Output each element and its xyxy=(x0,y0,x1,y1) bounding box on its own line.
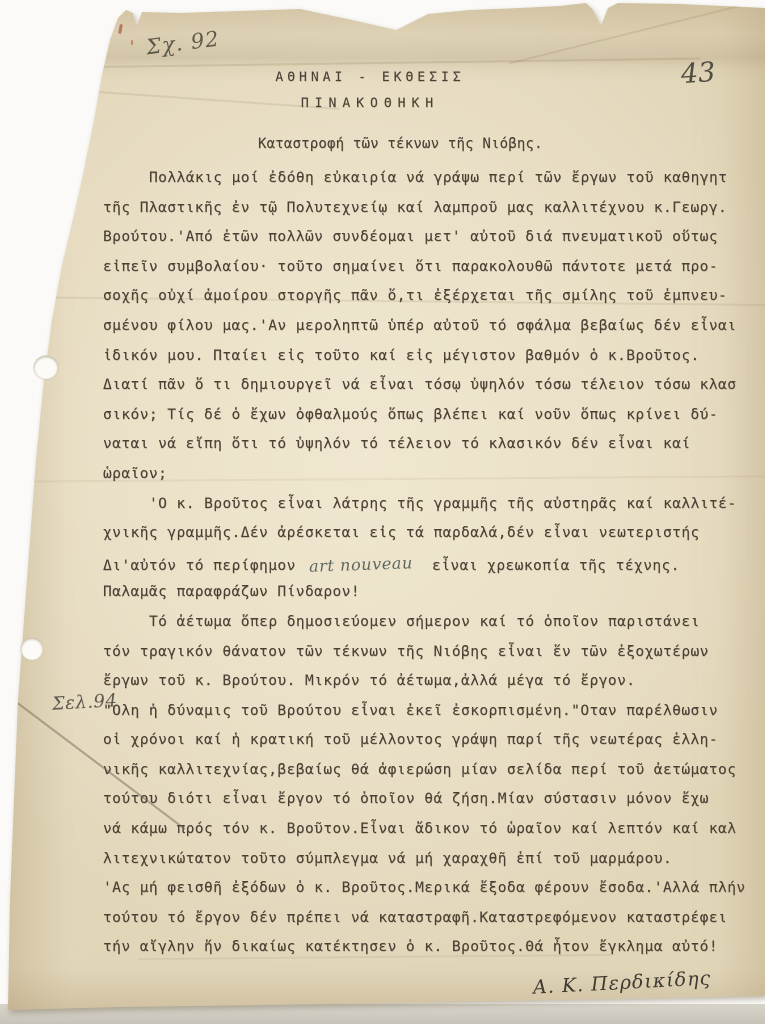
typed-line: οἱ χρόνοι καί ἡ κρατική τοῦ μέλλοντος γρ… xyxy=(103,732,758,762)
typed-line: ἔργων τοῦ κ. Βρούτου. Μικρόν τό ἀέτωμα,ἀ… xyxy=(103,673,758,703)
punch-hole-bottom xyxy=(21,638,43,660)
handwritten-inline-note: art nouveau xyxy=(309,553,414,576)
red-ink-speck xyxy=(118,24,123,34)
typed-line: 'Ο κ. Βροῦτος εἶναι λάτρης τῆς γραμμῆς τ… xyxy=(103,496,758,526)
paper-crease xyxy=(509,0,765,64)
typed-line: ἰδικόν μου. Πταίει εἰς τοῦτο καί εἰς μέγ… xyxy=(103,348,758,378)
typed-line: ναται νά εἴπη ὅτι τό ὑψηλόν τό τέλειον τ… xyxy=(103,436,758,466)
typed-line: Παλαμᾶς παραφράζων Πίνδαρον! xyxy=(103,584,758,614)
typed-line: Βρούτου.'Από ἐτῶν πολλῶν συνδέομαι μετ' … xyxy=(103,229,758,259)
document-scan: Σχ. 92 43 ΑΘΗΝΑΙ - ΕΚΘΕΣΙΣ ΠΙΝΑΚΟΘΗΚΗ Κα… xyxy=(0,0,765,1024)
typed-segment: εἶναι χρεωκοπία τῆς τέχνης. xyxy=(423,558,680,574)
paper-crease xyxy=(84,13,109,161)
typed-line: τῆς Πλαστικῆς ἐν τῷ Πολυτεχνείῳ καί λαμπ… xyxy=(103,200,758,230)
typed-line: τούτου διότι εἶναι ἔργον τό ὁποῖον θά ζή… xyxy=(103,791,758,821)
typed-line: 'Ας μή φεισθῆ ἐξόδων ὁ κ. Βροῦτος.Μερικά… xyxy=(103,880,758,910)
typed-line: Δι'αὐτόν τό περίφημον art nouveau εἶναι … xyxy=(103,555,758,585)
typed-line: Διατί πᾶν ὅ τι δημιουργεῖ νά εἶναι τόσῳ … xyxy=(103,377,758,407)
typed-line: Τό ἀέτωμα ὅπερ δημοσιεύομεν σήμερον καί … xyxy=(103,614,758,644)
document-title: Καταστροφή τῶν τέκνων τῆς Νιόβης. xyxy=(258,136,543,152)
typed-header-line1: ΑΘΗΝΑΙ - ΕΚΘΕΣΙΣ xyxy=(240,70,500,85)
typed-line: χνικῆς γραμμῆς.Δέν ἀρέσκεται εἰς τά παρδ… xyxy=(103,525,758,555)
typed-line: "Ολη ἡ δύναμις τοῦ Βρούτου εἶναι ἐκεῖ ἐσ… xyxy=(103,703,758,733)
handwritten-margin-note: Σελ.94 xyxy=(51,690,117,714)
red-ink-speck xyxy=(69,208,74,216)
handwritten-page-number: 43 xyxy=(680,57,716,90)
typed-body: Πολλάκις μοί ἐδόθη εὐκαιρία νά γράψω περ… xyxy=(103,170,758,969)
paper-sheet: Σχ. 92 43 ΑΘΗΝΑΙ - ΕΚΘΕΣΙΣ ΠΙΝΑΚΟΘΗΚΗ Κα… xyxy=(0,0,765,1024)
typed-line: τήν αἴγλην ἥν δικαίως κατέκτησεν ὁ κ. Βρ… xyxy=(103,939,758,969)
typed-line: τούτου τό ἔργον δέν πρέπει νά καταστραφῆ… xyxy=(103,910,758,940)
handwritten-signature: Α. Κ. Περδικίδης xyxy=(533,967,712,998)
typed-line: ὡραῖον; xyxy=(103,466,758,496)
typed-header: ΑΘΗΝΑΙ - ΕΚΘΕΣΙΣ ΠΙΝΑΚΟΘΗΚΗ xyxy=(240,70,500,111)
handwritten-sheet-code: Σχ. 92 xyxy=(145,27,221,60)
paper-sheet-wrap: Σχ. 92 43 ΑΘΗΝΑΙ - ΕΚΘΕΣΙΣ ΠΙΝΑΚΟΘΗΚΗ Κα… xyxy=(0,0,765,1024)
typed-segment: Δι'αὐτόν τό περίφημον xyxy=(103,558,305,574)
paper-crease xyxy=(60,58,700,69)
red-ink-speck xyxy=(86,128,90,132)
red-ink-speck xyxy=(131,40,133,45)
typed-line: εἰπεῖν συμβολαίου· τοῦτο σημαίνει ὅτι πα… xyxy=(103,259,758,289)
typed-line: σοχῆς οὐχί ἀμοίρου στοργῆς πᾶν ὅ,τι ἐξέρ… xyxy=(103,288,758,318)
typed-line: σικόν; Τίς δέ ὁ ἔχων ὀφθαλμούς ὅπως βλέπ… xyxy=(103,407,758,437)
typed-line: νά κάμω πρός τόν κ. Βροῦτον.Εἶναι ἄδικον… xyxy=(103,821,758,851)
punch-hole-top xyxy=(34,356,58,379)
typed-line: σμένου φίλου μας.'Αν μεροληπτῶ ὑπέρ αὐτο… xyxy=(103,318,758,348)
typed-line: τόν τραγικόν θάνατον τῶν τέκνων τῆς Νιόβ… xyxy=(103,644,758,674)
typed-line: Πολλάκις μοί ἐδόθη εὐκαιρία νά γράψω περ… xyxy=(103,170,758,200)
typed-line: νικῆς καλλιτεχνίας,βεβαίως θά ἀφιερώση μ… xyxy=(103,762,758,792)
typed-line: λιτεχνικώτατον τοῦτο σύμπλεγμα νά μή χαρ… xyxy=(103,851,758,881)
typed-header-line2: ΠΙΝΑΚΟΘΗΚΗ xyxy=(240,96,500,111)
